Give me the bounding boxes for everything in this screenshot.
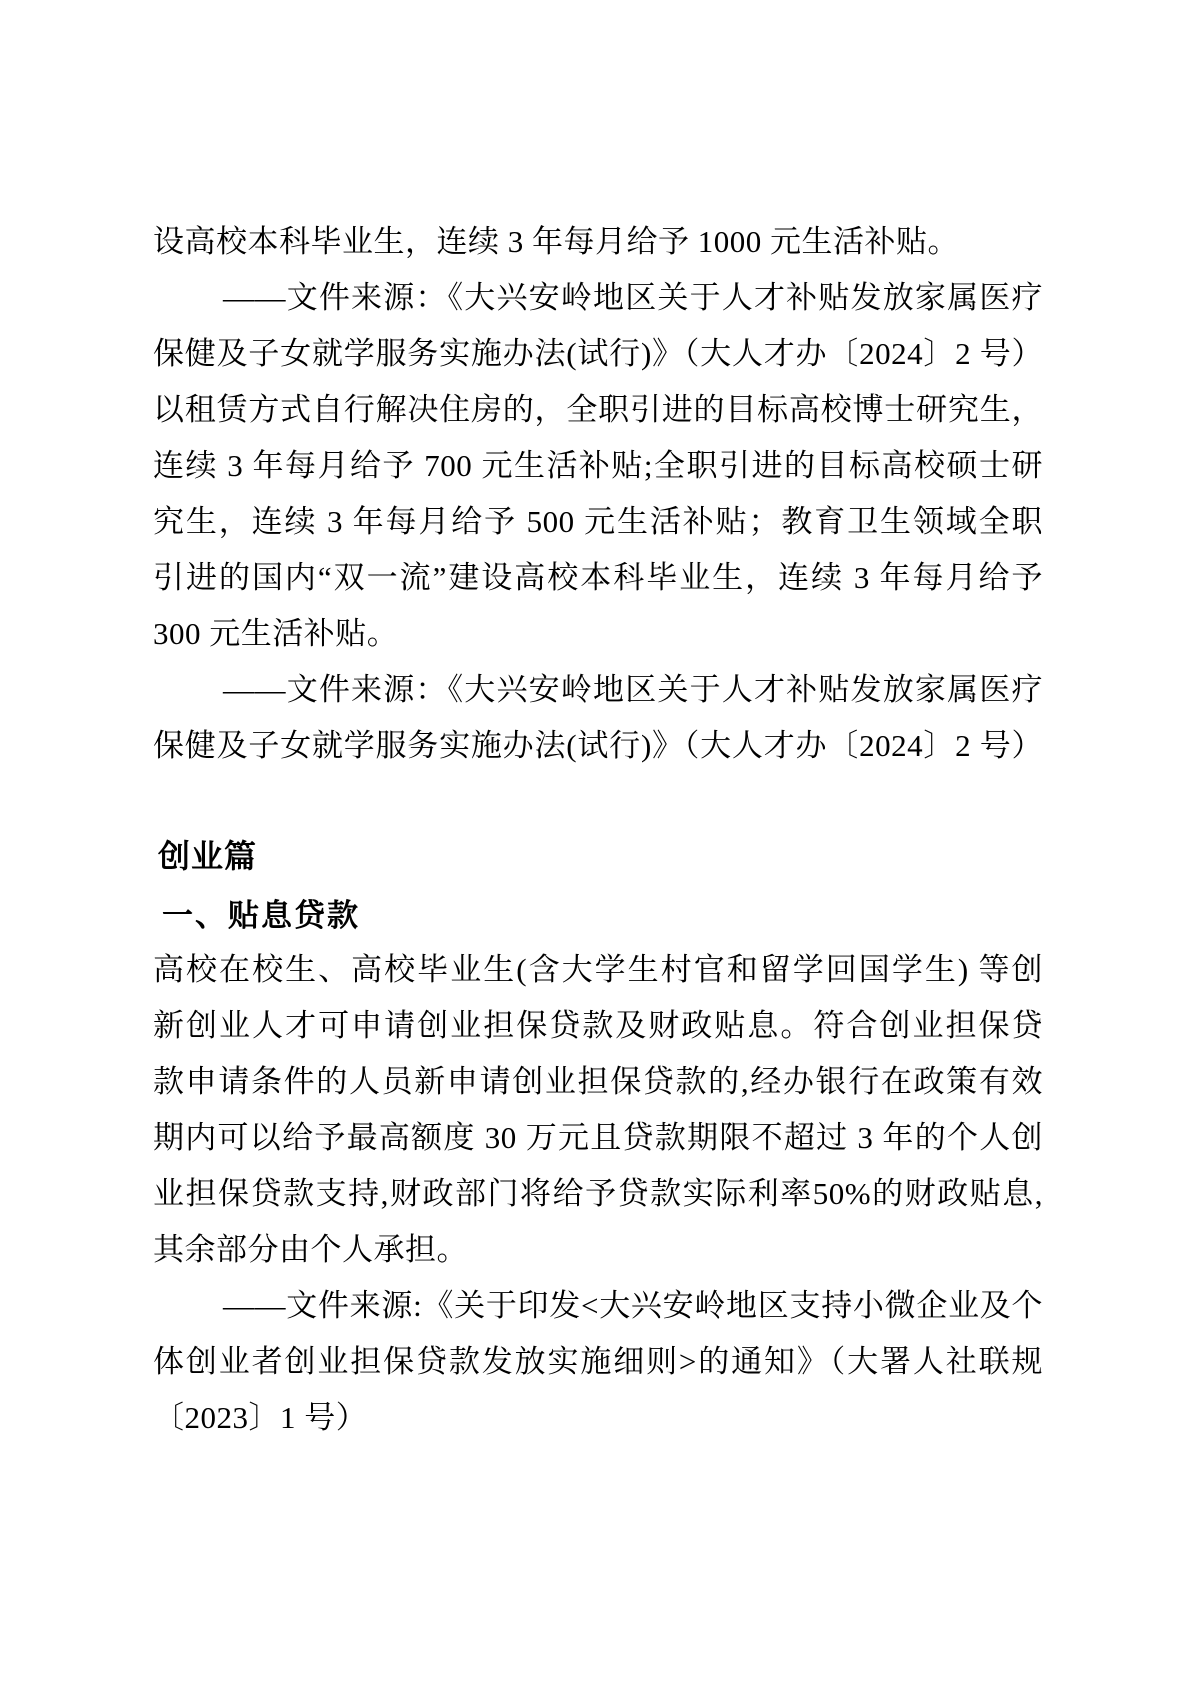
source-citation-2-line-1: ——文件来源：《大兴安岭地区关于人才补贴发放家属医疗 xyxy=(153,662,1043,718)
bullet-item-startup-loan-line-4: 期内可以给予最高额度 30 万元且贷款期限不超过 3 年的个人创 xyxy=(153,1110,1043,1166)
paragraph-continuation: 设高校本科毕业生，连续 3 年每月给予 1000 元生活补贴。 xyxy=(153,214,1043,270)
bullet-item-housing-subsidy-line-2: 连续 3 年每月给予 700 元生活补贴;全职引进的目标高校硕士研 xyxy=(153,438,1043,494)
source-citation-1-line-2: 保健及子女就学服务实施办法(试行)》（大人才办〔2024〕2 号） xyxy=(153,326,1043,382)
bullet-item-startup-loan-text: 高校在校生、高校毕业生(含大学生村官和留学回国学生) 等创 xyxy=(153,952,1043,987)
bullet-item-housing-subsidy-line-1: ●以租赁方式自行解决住房的，全职引进的目标高校博士研究生， xyxy=(153,382,1043,438)
source-citation-1-line-1: ——文件来源：《大兴安岭地区关于人才补贴发放家属医疗 xyxy=(153,270,1043,326)
bullet-item-startup-loan-line-1: ●高校在校生、高校毕业生(含大学生村官和留学回国学生) 等创 xyxy=(153,942,1043,998)
source-citation-3-line-1: ——文件来源:《关于印发<大兴安岭地区支持小微企业及个 xyxy=(153,1278,1043,1334)
bullet-item-housing-subsidy-text: 以租赁方式自行解决住房的，全职引进的目标高校博士研究生， xyxy=(153,392,1043,427)
bullet-item-startup-loan-line-6: 其余部分由个人承担。 xyxy=(153,1222,1043,1278)
bullet-item-housing-subsidy-line-4: 引进的国内“双一流”建设高校本科毕业生，连续 3 年每月给予 xyxy=(153,550,1043,606)
source-citation-1: ——文件来源：《大兴安岭地区关于人才补贴发放家属医疗保健及子女就学服务实施办法(… xyxy=(153,270,1043,382)
bullet-item-startup-loan: ●高校在校生、高校毕业生(含大学生村官和留学回国学生) 等创新创业人才可申请创业… xyxy=(153,942,1043,1278)
bullet-item-startup-loan-line-5: 业担保贷款支持,财政部门将给予贷款实际利率50%的财政贴息, xyxy=(153,1166,1043,1222)
section-header-entrepreneurship: 创业篇 xyxy=(153,828,1043,884)
source-citation-2-line-2: 保健及子女就学服务实施办法(试行)》（大人才办〔2024〕2 号） xyxy=(153,718,1043,774)
sub-heading-subsidized-loans: 一、贴息贷款 xyxy=(153,888,1043,944)
paragraph-continuation-line-1: 设高校本科毕业生，连续 3 年每月给予 1000 元生活补贴。 xyxy=(153,214,1043,270)
source-citation-2: ——文件来源：《大兴安岭地区关于人才补贴发放家属医疗保健及子女就学服务实施办法(… xyxy=(153,662,1043,774)
sub-heading-subsidized-loans-line-1: 一、贴息贷款 xyxy=(153,888,1043,944)
section-header-entrepreneurship-line-1: 创业篇 xyxy=(153,828,1043,884)
bullet-item-startup-loan-line-3: 款申请条件的人员新申请创业担保贷款的,经办银行在政策有效 xyxy=(153,1054,1043,1110)
source-citation-3-line-3: 〔2023〕1 号） xyxy=(153,1390,1043,1446)
source-citation-3: ——文件来源:《关于印发<大兴安岭地区支持小微企业及个体创业者创业担保贷款发放实… xyxy=(153,1278,1043,1446)
source-citation-3-line-2: 体创业者创业担保贷款发放实施细则>的通知》（大署人社联规 xyxy=(153,1334,1043,1390)
bullet-item-housing-subsidy: ●以租赁方式自行解决住房的，全职引进的目标高校博士研究生，连续 3 年每月给予 … xyxy=(153,382,1043,662)
bullet-item-housing-subsidy-line-5: 300 元生活补贴。 xyxy=(153,606,1043,662)
bullet-item-startup-loan-line-2: 新创业人才可申请创业担保贷款及财政贴息。符合创业担保贷 xyxy=(153,998,1043,1054)
bullet-item-housing-subsidy-line-3: 究生，连续 3 年每月给予 500 元生活补贴；教育卫生领域全职 xyxy=(153,494,1043,550)
document-page: 设高校本科毕业生，连续 3 年每月给予 1000 元生活补贴。——文件来源：《大… xyxy=(0,0,1190,1683)
